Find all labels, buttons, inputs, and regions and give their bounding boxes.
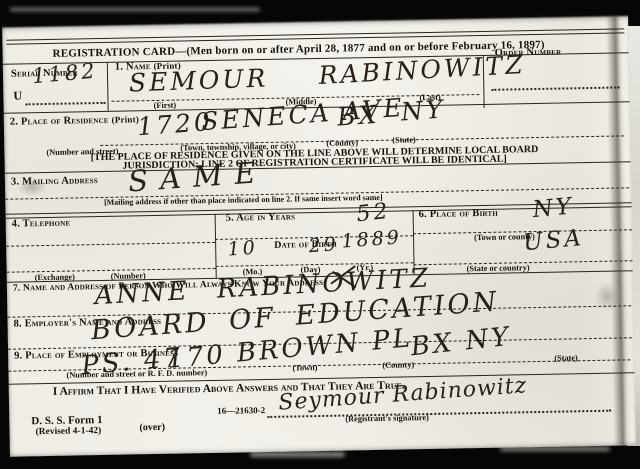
name-first-value: SEMOUR xyxy=(128,65,268,95)
scanner-background: REGISTRATION CARD—(Men born on or after … xyxy=(0,0,640,469)
registration-card: REGISTRATION CARD—(Men born on or after … xyxy=(2,15,636,456)
employment-sub-state: (State) xyxy=(554,354,578,363)
form-revision: (Revised 4-1-42) xyxy=(35,426,101,437)
serial-number-value: 1182 xyxy=(31,61,98,88)
mailing-value: SAME xyxy=(127,158,268,197)
scan-streak xyxy=(250,452,345,457)
paper-top-edge xyxy=(2,14,628,27)
signature-label: (Registrant's signature) xyxy=(345,414,429,424)
dob-year-value: 1889 xyxy=(341,228,403,251)
scan-streak xyxy=(500,447,610,451)
dob-day-value: 29 xyxy=(308,235,339,256)
residence-sub-state: (State) xyxy=(392,136,416,145)
residence-field-label: 2. Place of Residence (Print) xyxy=(10,115,139,128)
scan-streak xyxy=(10,8,260,11)
telephone-line1 xyxy=(6,242,215,247)
telephone-field-label: 4. Telephone xyxy=(12,219,71,231)
residence-state-value: NY xyxy=(400,96,446,124)
birth-town-value: NY xyxy=(532,196,575,223)
order-answer-line xyxy=(491,86,619,90)
serial-prefix: U xyxy=(13,88,22,103)
serial-answer-line xyxy=(26,102,106,105)
over-label: (over) xyxy=(139,422,165,433)
birth-country-value: USA xyxy=(522,227,585,255)
residence-county-value: BX xyxy=(336,102,380,130)
employment-town-state-value: BX NY xyxy=(410,324,513,360)
mailing-field-label: 3. Mailing Address xyxy=(11,176,98,188)
birth-field-label: 6. Place of Birth xyxy=(419,209,499,221)
age-field-label: 5. Age in Years xyxy=(226,212,296,224)
age-value: 52 xyxy=(356,201,392,226)
print-code: 16—21630-2 xyxy=(217,405,265,416)
dob-month-value: 10 xyxy=(227,239,258,260)
serial-box-divider xyxy=(107,63,109,111)
employment-sub-number: (Number and street or R. F. D. number) xyxy=(66,369,207,380)
employment-sub-county: (County) xyxy=(382,361,414,370)
employment-sub-town: (Town) xyxy=(292,364,317,373)
